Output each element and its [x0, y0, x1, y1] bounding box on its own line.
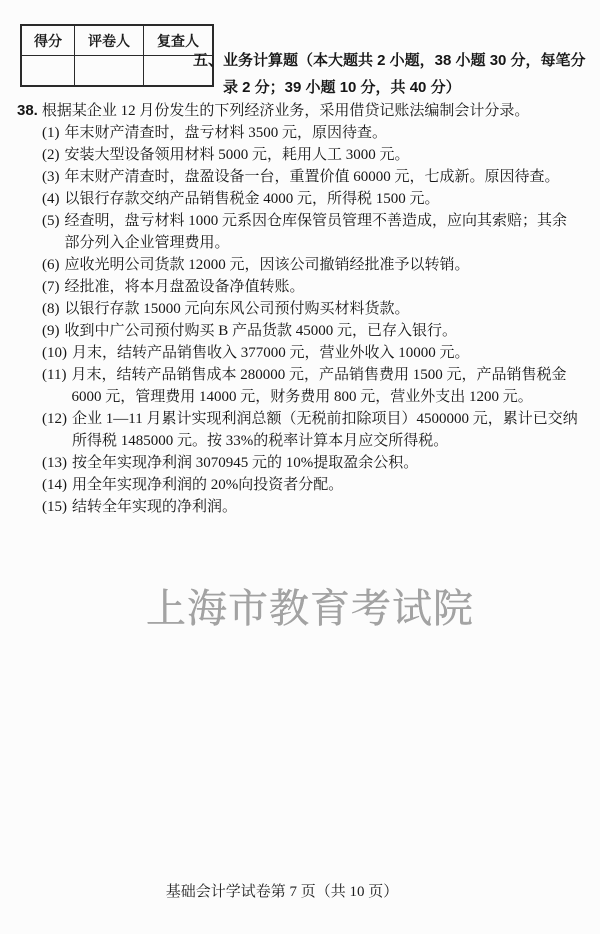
item-line: 企业 1—11 月累计实现利润总额（无税前扣除项目）4500000 元，累计已交… [72, 408, 594, 430]
score-table-cell-score [21, 56, 75, 87]
question-item: (6)应收光明公司货款 12000 元，因该公司撤销经批准予以转销。 [42, 254, 594, 276]
item-number: (9) [42, 320, 60, 342]
question-item: (15)结转全年实现的净利润。 [42, 496, 594, 518]
item-number: (10) [42, 342, 67, 364]
section-title-line2: 录 2 分；39 小题 10 分，共 40 分） [193, 74, 593, 101]
section-title: 五、业务计算题（本大题共 2 小题，38 小题 30 分，每笔分 录 2 分；3… [193, 47, 593, 101]
item-number: (7) [42, 276, 60, 298]
item-text: 应收光明公司货款 12000 元，因该公司撤销经批准予以转销。 [65, 254, 595, 276]
question-item: (12)企业 1—11 月累计实现利润总额（无税前扣除项目）4500000 元，… [42, 408, 594, 452]
item-number: (11) [42, 364, 66, 408]
question-item: (11)月末，结转产品销售成本 280000 元，产品销售费用 1500 元，产… [42, 364, 594, 408]
score-table-header-grader: 评卷人 [75, 25, 144, 56]
item-text: 收到中广公司预付购买 B 产品货款 45000 元，已存入银行。 [65, 320, 595, 342]
item-line: 安装大型设备领用材料 5000 元，耗用人工 3000 元。 [65, 144, 595, 166]
section-title-line1: 五、业务计算题（本大题共 2 小题，38 小题 30 分，每笔分 [193, 47, 593, 74]
item-number: (2) [42, 144, 60, 166]
item-line: 收到中广公司预付购买 B 产品货款 45000 元，已存入银行。 [65, 320, 595, 342]
question-item: (5)经查明，盘亏材料 1000 元系因仓库保管员管理不善造成，应向其索赔；其余… [42, 210, 594, 254]
question-stem-row: 38. 根据某企业 12 月份发生的下列经济业务，采用借贷记账法编制会计分录。 [17, 100, 594, 122]
watermark-text: 上海市教育考试院 [146, 577, 474, 634]
item-text: 年末财产清查时，盘盈设备一台，重置价值 60000 元，七成新。原因待查。 [65, 166, 595, 188]
item-text: 经批准，将本月盘盈设备净值转账。 [65, 276, 595, 298]
item-line: 以银行存款交纳产品销售税金 4000 元，所得税 1500 元。 [65, 188, 595, 210]
item-text: 以银行存款交纳产品销售税金 4000 元，所得税 1500 元。 [65, 188, 595, 210]
question-item: (13)按全年实现净利润 3070945 元的 10%提取盈余公积。 [42, 452, 594, 474]
item-line: 月末，结转产品销售成本 280000 元，产品销售费用 1500 元，产品销售税… [71, 364, 594, 386]
item-text: 以银行存款 15000 元向东风公司预付购买材料货款。 [65, 298, 595, 320]
item-number: (14) [42, 474, 67, 496]
question-item: (1)年末财产清查时，盘亏材料 3500 元，原因待查。 [42, 122, 594, 144]
item-number: (8) [42, 298, 60, 320]
question-item: (4)以银行存款交纳产品销售税金 4000 元，所得税 1500 元。 [42, 188, 594, 210]
item-number: (6) [42, 254, 60, 276]
score-table: 得分 评卷人 复查人 [20, 24, 214, 87]
item-number: (4) [42, 188, 60, 210]
question-item: (3)年末财产清查时，盘盈设备一台，重置价值 60000 元，七成新。原因待查。 [42, 166, 594, 188]
question-item: (2)安装大型设备领用材料 5000 元，耗用人工 3000 元。 [42, 144, 594, 166]
item-line: 以银行存款 15000 元向东风公司预付购买材料货款。 [65, 298, 595, 320]
item-line: 6000 元，管理费用 14000 元，财务费用 800 元，营业外支出 120… [71, 386, 594, 408]
page-footer: 基础会计学试卷第 7 页（共 10 页） [0, 880, 582, 901]
item-line: 月末，结转产品销售收入 377000 元，营业外收入 10000 元。 [72, 342, 594, 364]
item-text: 结转全年实现的净利润。 [72, 496, 594, 518]
item-line: 经查明，盘亏材料 1000 元系因仓库保管员管理不善造成，应向其索赔；其余 [65, 210, 595, 232]
item-number: (13) [42, 452, 67, 474]
item-number: (1) [42, 122, 60, 144]
item-line: 所得税 1485000 元。按 33%的税率计算本月应交所得税。 [72, 430, 594, 452]
item-text: 安装大型设备领用材料 5000 元，耗用人工 3000 元。 [65, 144, 595, 166]
item-text: 月末，结转产品销售收入 377000 元，营业外收入 10000 元。 [72, 342, 594, 364]
question-item: (9)收到中广公司预付购买 B 产品货款 45000 元，已存入银行。 [42, 320, 594, 342]
item-line: 年末财产清查时，盘盈设备一台，重置价值 60000 元，七成新。原因待查。 [65, 166, 595, 188]
item-number: (15) [42, 496, 67, 518]
item-text: 用全年实现净利润的 20%向投资者分配。 [72, 474, 594, 496]
item-line: 用全年实现净利润的 20%向投资者分配。 [72, 474, 594, 496]
item-number: (12) [42, 408, 67, 452]
item-line: 经批准，将本月盘盈设备净值转账。 [65, 276, 595, 298]
question-38: 38. 根据某企业 12 月份发生的下列经济业务，采用借贷记账法编制会计分录。 … [17, 100, 594, 518]
question-stem: 根据某企业 12 月份发生的下列经济业务，采用借贷记账法编制会计分录。 [42, 100, 594, 122]
question-items: (1)年末财产清查时，盘亏材料 3500 元，原因待查。(2)安装大型设备领用材… [42, 122, 594, 518]
item-line: 部分列入企业管理费用。 [65, 232, 595, 254]
question-item: (7)经批准，将本月盘盈设备净值转账。 [42, 276, 594, 298]
item-text: 企业 1—11 月累计实现利润总额（无税前扣除项目）4500000 元，累计已交… [72, 408, 594, 452]
item-text: 经查明，盘亏材料 1000 元系因仓库保管员管理不善造成，应向其索赔；其余部分列… [65, 210, 595, 254]
item-number: (5) [42, 210, 60, 254]
question-item: (8)以银行存款 15000 元向东风公司预付购买材料货款。 [42, 298, 594, 320]
question-item: (14)用全年实现净利润的 20%向投资者分配。 [42, 474, 594, 496]
score-table-header-score: 得分 [21, 25, 75, 56]
score-table-cell-grader [75, 56, 144, 87]
question-number: 38. [17, 100, 38, 122]
question-item: (10)月末，结转产品销售收入 377000 元，营业外收入 10000 元。 [42, 342, 594, 364]
item-number: (3) [42, 166, 60, 188]
item-line: 应收光明公司货款 12000 元，因该公司撤销经批准予以转销。 [65, 254, 595, 276]
item-text: 年末财产清查时，盘亏材料 3500 元，原因待查。 [65, 122, 595, 144]
item-text: 按全年实现净利润 3070945 元的 10%提取盈余公积。 [72, 452, 594, 474]
item-line: 按全年实现净利润 3070945 元的 10%提取盈余公积。 [72, 452, 594, 474]
item-line: 年末财产清查时，盘亏材料 3500 元，原因待查。 [65, 122, 595, 144]
item-line: 结转全年实现的净利润。 [72, 496, 594, 518]
item-text: 月末，结转产品销售成本 280000 元，产品销售费用 1500 元，产品销售税… [71, 364, 594, 408]
